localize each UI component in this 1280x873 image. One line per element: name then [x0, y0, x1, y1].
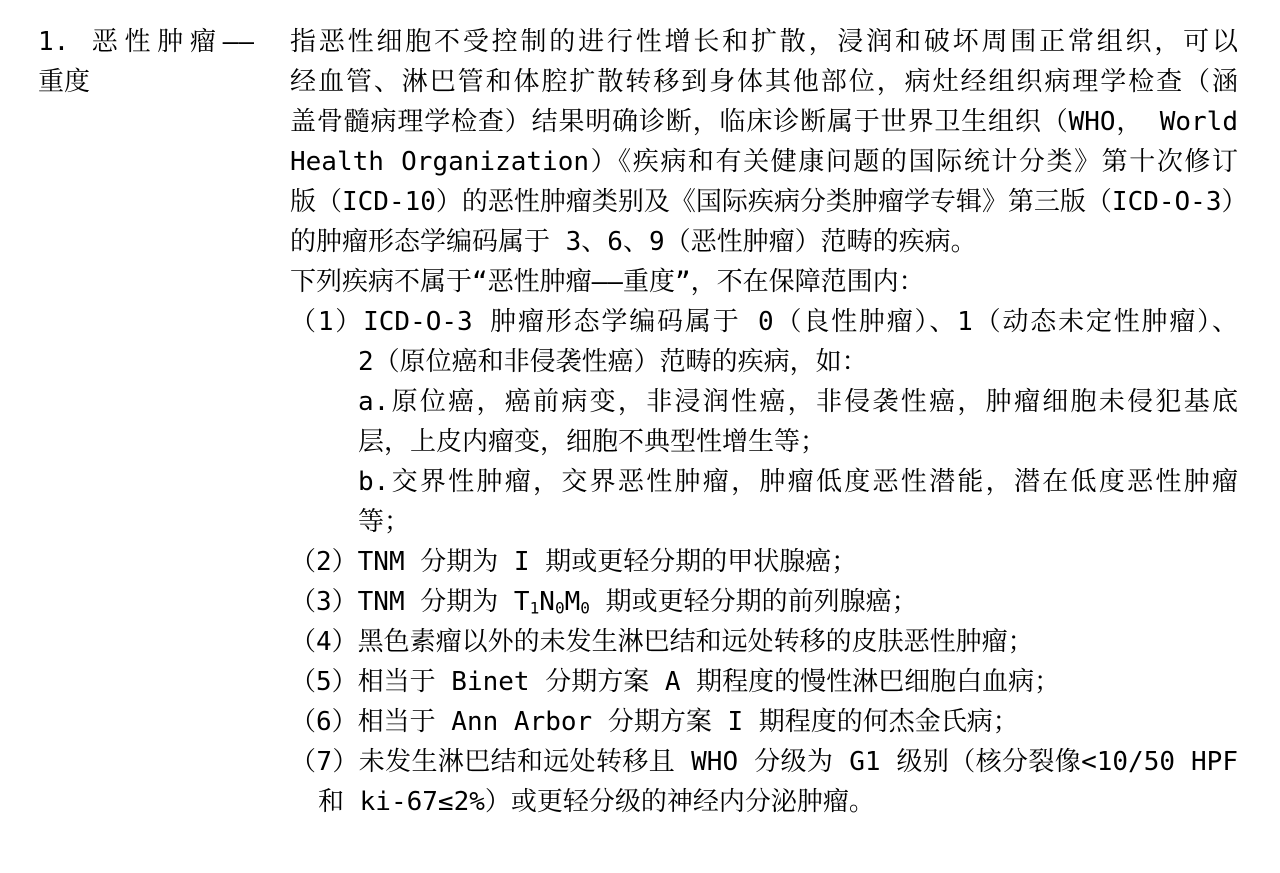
line-text: M [565, 587, 581, 617]
line-text: 层，上皮内瘤变，细胞不典型性增生等； [358, 427, 826, 457]
body-line: a.原位癌，癌前病变，非浸润性癌，非侵袭性癌，肿瘤细胞未侵犯基底 [290, 382, 1238, 422]
body-line: 等； [290, 502, 1238, 542]
line-text: （6）相当于 Ann Arbor 分期方案 I 期程度的何杰金氏病； [290, 707, 1019, 737]
term-title-continued: 重度 [38, 62, 254, 102]
line-text: （3）TNM 分期为 T [290, 587, 530, 617]
body-line: 2（原位癌和非侵袭性癌）范畴的疾病，如： [290, 342, 1238, 382]
body-line: 和 ki-67≤2%）或更轻分级的神经内分泌肿瘤。 [290, 782, 1238, 822]
body-line: 的肿瘤形态学编码属于 3、6、9（恶性肿瘤）范畴的疾病。 [290, 222, 1238, 262]
body-line: 指恶性细胞不受控制的进行性增长和扩散，浸润和破坏周围正常组织，可以 [290, 22, 1238, 62]
body-line: Health Organization）《疾病和有关健康问题的国际统计分类》第十… [290, 142, 1238, 182]
subscript-text: 0 [555, 599, 565, 618]
line-text: 和 ki-67≤2%）或更轻分级的神经内分泌肿瘤。 [318, 787, 875, 817]
body-line: （1）ICD-O-3 肿瘤形态学编码属于 0（良性肿瘤）、1（动态未定性肿瘤）、 [290, 302, 1238, 342]
body-line: 层，上皮内瘤变，细胞不典型性增生等； [290, 422, 1238, 462]
line-text: N [539, 587, 555, 617]
body-line: 下列疾病不属于“恶性肿瘤——重度”，不在保障范围内： [290, 262, 1238, 302]
definition-document: 1. 恶性肿瘤—— 重度 指恶性细胞不受控制的进行性增长和扩散，浸润和破坏周围正… [0, 0, 1280, 873]
line-text: （4）黑色素瘤以外的未发生淋巴结和远处转移的皮肤恶性肿瘤； [290, 627, 1034, 657]
line-text: a.原位癌，癌前病变，非浸润性癌，非侵袭性癌，肿瘤细胞未侵犯基底 [358, 387, 1238, 417]
line-text: （5）相当于 Binet 分期方案 A 期程度的慢性淋巴细胞白血病； [290, 667, 1060, 697]
line-text: 经血管、淋巴管和体腔扩散转移到身体其他部位，病灶经组织病理学检查（涵 [290, 67, 1238, 97]
line-text: 指恶性细胞不受控制的进行性增长和扩散，浸润和破坏周围正常组织，可以 [290, 27, 1238, 57]
line-text: 期或更轻分期的前列腺癌； [590, 587, 918, 617]
line-text: （2）TNM 分期为 I 期或更轻分期的甲状腺癌； [290, 547, 857, 577]
body-line: （4）黑色素瘤以外的未发生淋巴结和远处转移的皮肤恶性肿瘤； [290, 622, 1238, 662]
body-line: （6）相当于 Ann Arbor 分期方案 I 期程度的何杰金氏病； [290, 702, 1238, 742]
subscript-text: 0 [580, 599, 590, 618]
body-line: （7）未发生淋巴结和远处转移且 WHO 分级为 G1 级别（核分裂像<10/50… [290, 742, 1238, 782]
term-number-title: 1. 恶性肿瘤—— [38, 22, 254, 62]
line-text: 盖骨髓病理学检查）结果明确诊断，临床诊断属于世界卫生组织（WHO， World [290, 107, 1238, 137]
line-text: 2（原位癌和非侵袭性癌）范畴的疾病，如： [358, 347, 868, 377]
line-text: Health Organization）《疾病和有关健康问题的国际统计分类》第十… [290, 147, 1238, 177]
definition-body: 指恶性细胞不受控制的进行性增长和扩散，浸润和破坏周围正常组织，可以经血管、淋巴管… [290, 22, 1238, 822]
term-column: 1. 恶性肿瘤—— 重度 [38, 22, 254, 102]
line-text: 下列疾病不属于“恶性肿瘤——重度”，不在保障范围内： [290, 267, 925, 297]
body-line: （3）TNM 分期为 T1N0M0 期或更轻分期的前列腺癌； [290, 582, 1238, 622]
line-text: 版（ICD-10）的恶性肿瘤类别及《国际疾病分类肿瘤学专辑》第三版（ICD-O-… [290, 187, 1238, 217]
subscript-text: 1 [530, 599, 540, 618]
body-line: 盖骨髓病理学检查）结果明确诊断，临床诊断属于世界卫生组织（WHO， World [290, 102, 1238, 142]
body-line: （5）相当于 Binet 分期方案 A 期程度的慢性淋巴细胞白血病； [290, 662, 1238, 702]
line-text: b.交界性肿瘤，交界恶性肿瘤，肿瘤低度恶性潜能，潜在低度恶性肿瘤 [358, 467, 1238, 497]
body-line: b.交界性肿瘤，交界恶性肿瘤，肿瘤低度恶性潜能，潜在低度恶性肿瘤 [290, 462, 1238, 502]
body-line: 版（ICD-10）的恶性肿瘤类别及《国际疾病分类肿瘤学专辑》第三版（ICD-O-… [290, 182, 1238, 222]
line-text: 的肿瘤形态学编码属于 3、6、9（恶性肿瘤）范畴的疾病。 [290, 227, 977, 257]
line-text: （1）ICD-O-3 肿瘤形态学编码属于 0（良性肿瘤）、1（动态未定性肿瘤）、 [290, 307, 1238, 337]
line-text: （7）未发生淋巴结和远处转移且 WHO 分级为 G1 级别（核分裂像<10/50… [290, 747, 1238, 777]
line-text: 等； [358, 507, 410, 537]
body-line: 经血管、淋巴管和体腔扩散转移到身体其他部位，病灶经组织病理学检查（涵 [290, 62, 1238, 102]
body-line: （2）TNM 分期为 I 期或更轻分期的甲状腺癌； [290, 542, 1238, 582]
